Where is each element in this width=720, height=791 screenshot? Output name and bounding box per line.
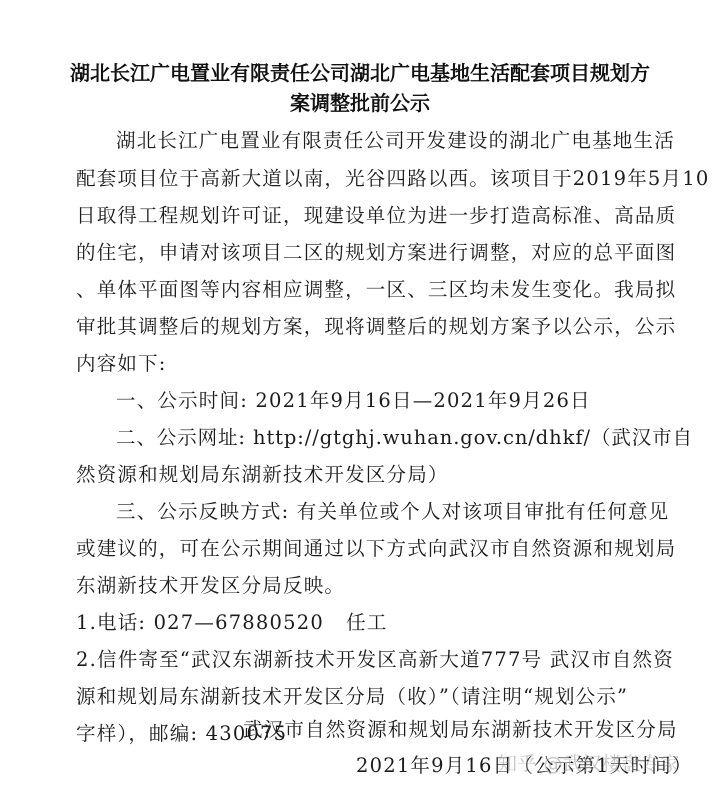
section-feedback: 三、公示反映方式: 有关单位或个人对该项目审批有任何意见 xyxy=(116,499,686,525)
intro-line: 的住宅，申请对该项目二区的规划方案进行调整，对应的总平面图 xyxy=(76,240,646,266)
title-line-1: 湖北长江广电置业有限责任公司湖北广电基地生活配套项目规划方 xyxy=(60,58,660,88)
feedback-line: 东湖新技术开发区分局反映。 xyxy=(76,573,646,599)
intro-line: 内容如下: xyxy=(76,351,646,377)
section-label: 二、公示网址: xyxy=(116,426,246,449)
url-note-continued: 然资源和规划局东湖新技术开发区分局） xyxy=(76,462,646,488)
intro-line: 审批其调整后的规划方案，现将调整后的规划方案予以公示，公示 xyxy=(76,314,646,340)
watermark-text: 知乎 @武汉楼盘专家 xyxy=(498,751,680,777)
intro-line: 、单体平面图等内容相应调整，一区、三区均未发生变化。我局拟 xyxy=(76,277,646,303)
title-line-2: 案调整批前公示 xyxy=(60,88,660,118)
publicity-period: 2021年9月16日—2021年9月26日 xyxy=(255,389,590,412)
intro-line: 湖北长江广电置业有限责任公司开发建设的湖北广电基地生活 xyxy=(116,128,686,154)
section-label: 一、公示时间: xyxy=(116,389,248,412)
section-publicity-url: 二、公示网址: http://gtghj.wuhan.gov.cn/dhkf/（… xyxy=(116,425,686,451)
section-publicity-time: 一、公示时间: 2021年9月16日—2021年9月26日 xyxy=(116,388,686,414)
intro-line: 配套项目位于高新大道以南，光谷四路以西。该项目于2019年5月10 xyxy=(76,166,646,192)
notice-document: 湖北长江广电置业有限责任公司湖北广电基地生活配套项目规划方 案调整批前公示 湖北… xyxy=(0,0,720,791)
contact-phone: 1.电话: 027—67880520 任工 xyxy=(76,610,646,636)
contact-mail: 2.信件寄至“武汉东湖新技术开发区高新大道777号 武汉市自然资 xyxy=(76,647,646,673)
issuer-signature: 武汉市自然资源和规划局东湖新技术开发区分局 xyxy=(243,717,678,743)
intro-line: 日取得工程规划许可证，现建设单位为进一步打造高标准、高品质 xyxy=(76,203,646,229)
url-note: （武汉市自 xyxy=(591,426,693,449)
publicity-url-link[interactable]: http://gtghj.wuhan.gov.cn/dhkf/ xyxy=(253,426,591,449)
contact-mail-line: 源和规划局东湖新技术开发区分局（收）”（请注明“规划公示” xyxy=(76,684,646,710)
document-title: 湖北长江广电置业有限责任公司湖北广电基地生活配套项目规划方 案调整批前公示 xyxy=(60,58,660,118)
feedback-line: 或建议的，可在公示期间通过以下方式向武汉市自然资源和规划局 xyxy=(76,536,646,562)
